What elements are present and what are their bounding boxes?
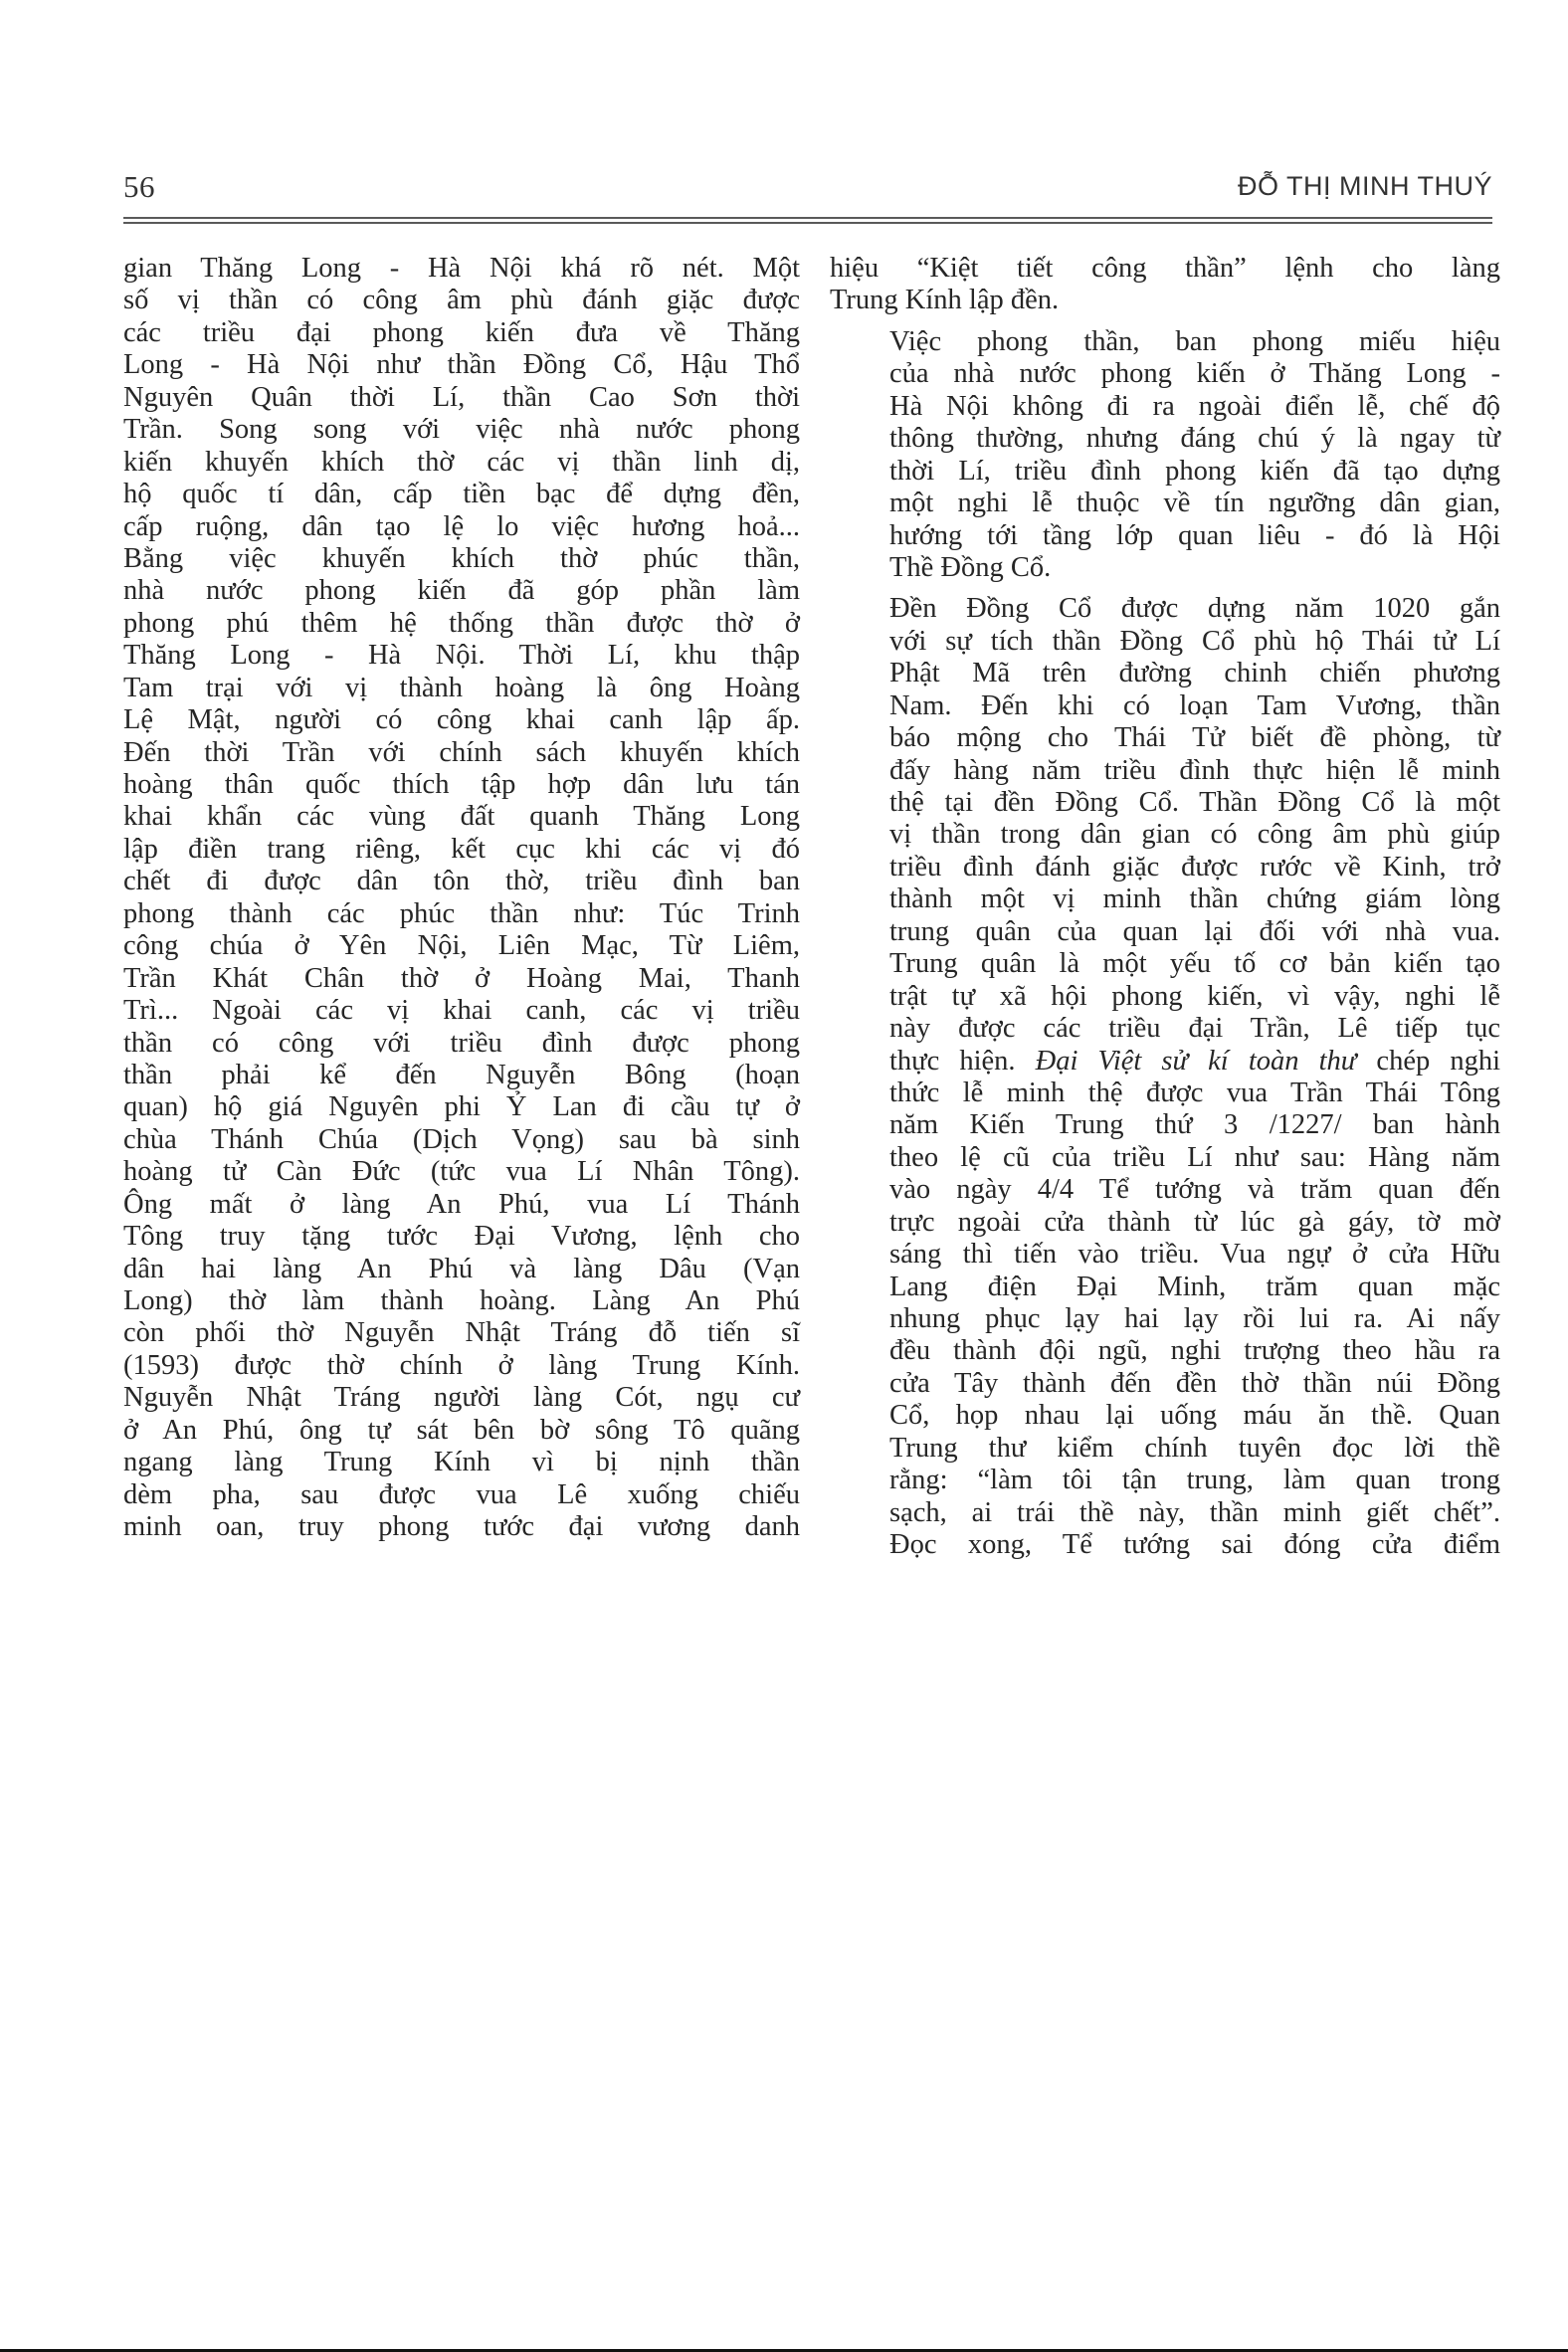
text-fragment: thực hiện.	[889, 1046, 1036, 1077]
text-line: Tam trại với vị thành hoàng là ông Hoàng	[123, 673, 800, 704]
text-line: Trần Khát Chân thờ ở Hoàng Mai, Thanh	[123, 963, 800, 995]
text-line: Trần. Song song với việc nhà nước phong	[123, 414, 800, 446]
text-line: Đền Đồng Cổ được dựng năm 1020 gắn	[830, 593, 1500, 625]
text-line: cấp ruộng, dân tạo lệ lo việc hương hoả.…	[123, 511, 800, 543]
text-line: nhà nước phong kiến đã góp phần làm	[123, 575, 800, 607]
text-line: đấy hàng năm triều đình thực hiện lễ min…	[830, 755, 1500, 787]
text-line: rằng: “làm tôi tận trung, làm quan trong	[830, 1465, 1500, 1496]
text-line: Ông mất ở làng An Phú, vua Lí Thánh	[123, 1189, 800, 1221]
text-line: Trì... Ngoài các vị khai canh, các vị tr…	[123, 995, 800, 1027]
paragraph-body: gian Thăng Long - Hà Nội khá rõ nét. Một…	[123, 253, 800, 1544]
text-line: Long - Hà Nội như thần Đồng Cổ, Hậu Thổ	[123, 349, 800, 381]
text-line: thần phải kể đến Nguyễn Bông (hoạn	[123, 1060, 800, 1091]
text-line: hiệu “Kiệt tiết công thần” lệnh cho làng	[830, 253, 1500, 285]
text-line: cửa Tây thành đến đền thờ thần núi Đồng	[830, 1368, 1500, 1400]
text-line: còn phối thờ Nguyễn Nhật Tráng đỗ tiến s…	[123, 1317, 800, 1349]
text-line: hướng tới tầng lớp quan liêu - đó là Hội	[830, 520, 1500, 552]
text-line: vị thần trong dân gian có công âm phù gi…	[830, 819, 1500, 851]
text-line: thức lễ minh thệ được vua Trần Thái Tông	[830, 1078, 1500, 1109]
text-line: Bằng việc khuyến khích thờ phúc thần,	[123, 543, 800, 575]
text-line: hoàng thân quốc thích tập hợp dân lưu tá…	[123, 769, 800, 801]
text-line: số vị thần có công âm phù đánh giặc được	[123, 285, 800, 316]
text-line: Lệ Mật, người có công khai canh lập ấp.	[123, 704, 800, 736]
text-line: báo mộng cho Thái Tử biết đề phòng, từ	[830, 722, 1500, 754]
text-line: Việc phong thần, ban phong miếu hiệu	[830, 326, 1500, 358]
text-line: vào ngày 4/4 Tể tướng và trăm quan đến	[830, 1174, 1500, 1206]
text-line: Thăng Long - Hà Nội. Thời Lí, khu thập	[123, 640, 800, 672]
text-line: minh oan, truy phong tước đại vương danh	[123, 1511, 800, 1543]
running-head-author: ĐỖ THỊ MINH THUÝ	[1238, 171, 1492, 202]
text-line: khai khẩn các vùng đất quanh Thăng Long	[123, 801, 800, 833]
text-line: đều thành đội ngũ, nghi trượng theo hầu …	[830, 1335, 1500, 1367]
left-column: gian Thăng Long - Hà Nội khá rõ nét. Một…	[123, 253, 800, 1544]
text-line: dân hai làng An Phú và làng Dâu (Vạn	[123, 1254, 800, 1285]
text-line: này được các triều đại Trần, Lê tiếp tục	[830, 1013, 1500, 1045]
text-line: Phật Mã trên đường chinh chiến phương	[830, 658, 1500, 689]
text-line: công chúa ở Yên Nội, Liên Mạc, Từ Liêm,	[123, 930, 800, 962]
text-line: quan) hộ giá Nguyên phi Ỷ Lan đi cầu tự …	[123, 1091, 800, 1123]
text-line: Long) thờ làm thành hoàng. Làng An Phú	[123, 1285, 800, 1317]
text-line: Trung Kính lập đền.	[830, 285, 1500, 316]
text-line: dèm pha, sau được vua Lê xuống chiếu	[123, 1479, 800, 1511]
paragraph-den-dong-co: Đền Đồng Cổ được dựng năm 1020 gắnvới sự…	[830, 593, 1500, 1561]
text-line: (1593) được thờ chính ở làng Trung Kính.	[123, 1350, 800, 1382]
book-title-italic: Đại Việt sử kí toàn thư	[1036, 1046, 1357, 1077]
text-line: lập điền trang riêng, kết cục khi các vị…	[123, 834, 800, 866]
text-line: chùa Thánh Chúa (Dịch Vọng) sau bà sinh	[123, 1124, 800, 1156]
text-line: Đến thời Trần với chính sách khuyến khíc…	[123, 737, 800, 769]
text-line: các triều đại phong kiến đưa về Thăng	[123, 317, 800, 349]
text-line: thông thường, nhưng đáng chú ý là ngay t…	[830, 423, 1500, 455]
text-line: Trung thư kiểm chính tuyên đọc lời thề	[830, 1433, 1500, 1465]
text-line: trung quân của quan lại đối với nhà vua.	[830, 916, 1500, 948]
text-line: thệ tại đền Đồng Cổ. Thần Đồng Cổ là một	[830, 787, 1500, 819]
text-line: Hà Nội không đi ra ngoài điển lễ, chế độ	[830, 391, 1500, 423]
text-line-with-title: thực hiện. Đại Việt sử kí toàn thư chép …	[830, 1046, 1500, 1078]
text-line: thời Lí, triều đình phong kiến đã tạo dự…	[830, 456, 1500, 488]
text-line: trực ngoài cửa thành từ lúc gà gáy, tờ m…	[830, 1207, 1500, 1239]
header-double-rule	[123, 217, 1492, 224]
text-line: năm Kiến Trung thứ 3 /1227/ ban hành	[830, 1109, 1500, 1141]
text-line: ngang làng Trung Kính vì bị nịnh thần	[123, 1447, 800, 1478]
text-line: kiến khuyến khích thờ các vị thần linh d…	[123, 447, 800, 479]
paragraph-phong-than: Việc phong thần, ban phong miếu hiệucủa …	[830, 326, 1500, 585]
page-number: 56	[123, 169, 155, 205]
text-line: triều đình đánh giặc được rước về Kinh, …	[830, 852, 1500, 883]
text-line: ở An Phú, ông tự sát bên bờ sông Tô quãn…	[123, 1415, 800, 1447]
text-line: Nam. Đến khi có loạn Tam Vương, thần	[830, 690, 1500, 722]
text-line: Lang điện Đại Minh, trăm quan mặc	[830, 1272, 1500, 1303]
text-line: sạch, ai trái thề này, thần minh giết ch…	[830, 1497, 1500, 1529]
text-line: thần có công với triều đình được phong	[123, 1028, 800, 1060]
page-header: 56 ĐỖ THỊ MINH THUÝ	[123, 167, 1492, 207]
text-line: Nguyên Quân thời Lí, thần Cao Sơn thời	[123, 382, 800, 414]
text-line: thành một vị minh thần chứng giám lòng	[830, 883, 1500, 915]
text-line: một nghi lễ thuộc về tín ngưỡng dân gian…	[830, 488, 1500, 519]
paragraph-continuation: hiệu “Kiệt tiết công thần” lệnh cho làng…	[830, 253, 1500, 317]
text-line: gian Thăng Long - Hà Nội khá rõ nét. Một	[123, 253, 800, 285]
text-line: Đọc xong, Tể tướng sai đóng cửa điểm	[830, 1529, 1500, 1561]
text-line: Thề Đồng Cổ.	[830, 552, 1500, 584]
text-line: theo lệ cũ của triều Lí như sau: Hàng nă…	[830, 1142, 1500, 1174]
text-line: phong phú thêm hệ thống thần được thờ ở	[123, 608, 800, 640]
text-line: với sự tích thần Đồng Cổ phù hộ Thái tử …	[830, 626, 1500, 658]
text-fragment: chép nghi	[1356, 1046, 1500, 1077]
text-line: Tông truy tặng tước Đại Vương, lệnh cho	[123, 1221, 800, 1253]
text-line: sáng thì tiến vào triều. Vua ngự ở cửa H…	[830, 1239, 1500, 1271]
text-line: hộ quốc tí dân, cấp tiền bạc để dựng đền…	[123, 479, 800, 510]
text-line: nhung phục lạy hai lạy rồi lui ra. Ai nấ…	[830, 1303, 1500, 1335]
text-line: chết đi được dân tôn thờ, triều đình ban	[123, 866, 800, 897]
text-line: Cổ, họp nhau lại uống máu ăn thề. Quan	[830, 1400, 1500, 1432]
text-line: của nhà nước phong kiến ở Thăng Long -	[830, 358, 1500, 390]
text-line: Trung quân là một yếu tố cơ bản kiến tạo	[830, 948, 1500, 980]
text-line: hoàng tử Càn Đức (tức vua Lí Nhân Tông).	[123, 1156, 800, 1188]
text-line: trật tự xã hội phong kiến, vì vậy, nghi …	[830, 981, 1500, 1013]
text-line: phong thành các phúc thần như: Túc Trinh	[123, 898, 800, 930]
right-column: hiệu “Kiệt tiết công thần” lệnh cho làng…	[830, 253, 1500, 1562]
text-line: Nguyễn Nhật Tráng người làng Cót, ngụ cư	[123, 1382, 800, 1414]
